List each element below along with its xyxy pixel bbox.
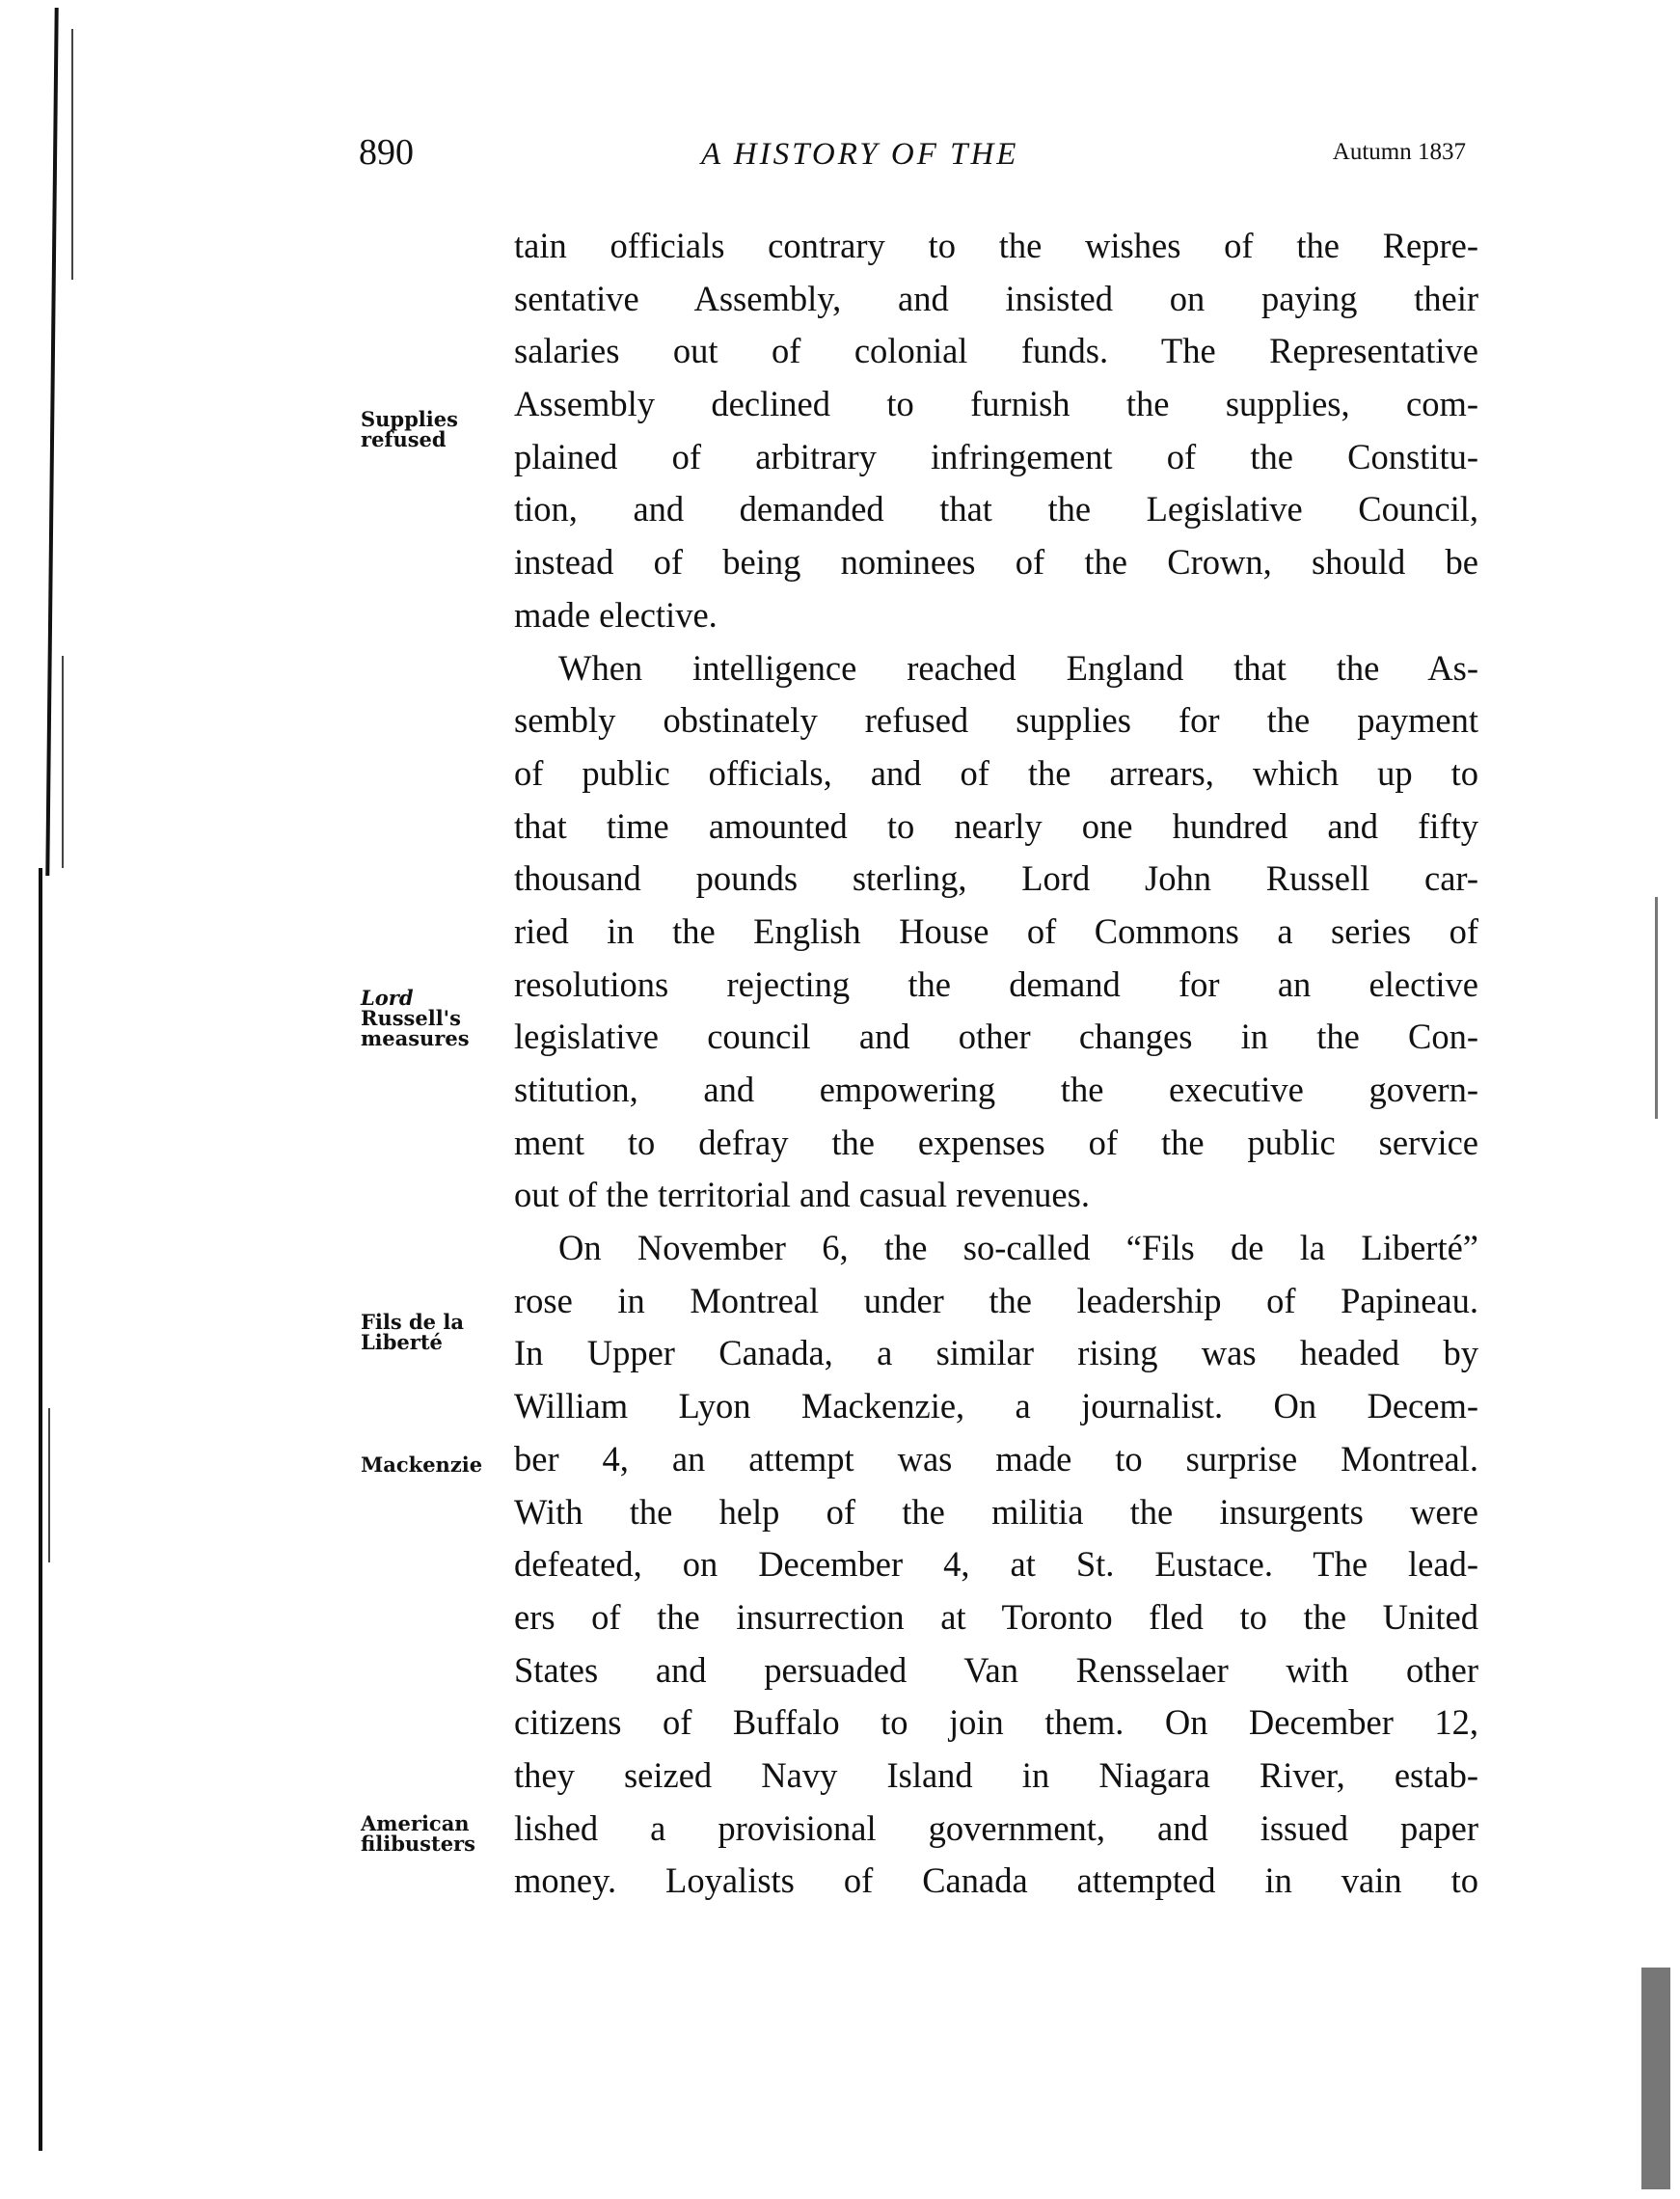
body-text: tain officials contrary to the wishes of… <box>514 220 1478 1908</box>
text-line: sembly obstinately refused supplies for … <box>514 694 1478 747</box>
text-line: Assembly declined to furnish the supplie… <box>514 378 1478 431</box>
text-line: William Lyon Mackenzie, a journalist. On… <box>514 1380 1478 1433</box>
sidenote-line: filibusters <box>361 1833 475 1854</box>
sidenote-line: Russell's <box>361 1008 470 1028</box>
scan-edge-left-lower <box>39 868 42 2151</box>
text-line: they seized Navy Island in Niagara River… <box>514 1750 1478 1803</box>
text-line: tion, and demanded that the Legislative … <box>514 483 1478 536</box>
book-page: 890 A HISTORY OF THE Autumn 1837 Supplie… <box>0 0 1680 2199</box>
scan-edge-right-lower <box>1641 1968 1670 2189</box>
text-line: of public officials, and of the arrears,… <box>514 747 1478 801</box>
scan-edge-left-inner-3 <box>48 1408 50 1562</box>
text-line: instead of being nominees of the Crown, … <box>514 536 1478 589</box>
sidenote-line: Lord <box>361 988 470 1008</box>
text-line: With the help of the militia the insurge… <box>514 1486 1478 1539</box>
text-line: money. Loyalists of Canada attempted in … <box>514 1855 1478 1908</box>
sidenote-line: Mackenzie <box>361 1454 482 1475</box>
text-line: ber 4, an attempt was made to surprise M… <box>514 1433 1478 1486</box>
sidenote-line: Liberté <box>361 1332 464 1352</box>
text-line: On November 6, the so-called “Fils de la… <box>514 1222 1478 1275</box>
page-number: 890 <box>359 131 414 174</box>
text-line: thousand pounds sterling, Lord John Russ… <box>514 853 1478 906</box>
text-line: resolutions rejecting the demand for an … <box>514 959 1478 1012</box>
sidenote-supplies-refused: Supplies refused <box>361 409 458 449</box>
text-line: salaries out of colonial funds. The Repr… <box>514 325 1478 378</box>
text-line: out of the territorial and casual revenu… <box>514 1169 1478 1222</box>
sidenote-line: Fils de la <box>361 1312 464 1332</box>
running-head: 890 A HISTORY OF THE Autumn 1837 <box>359 131 1466 174</box>
text-line: lished a provisional government, and iss… <box>514 1803 1478 1856</box>
sidenote-line: American <box>361 1813 475 1833</box>
sidenote-lord-russells-measures: Lord Russell's measures <box>361 988 470 1048</box>
sidenote-american-filibusters: American filibusters <box>361 1813 475 1854</box>
text-line: made elective. <box>514 589 1478 642</box>
scan-edge-right <box>1655 897 1658 1119</box>
scan-edge-left-inner <box>71 29 73 280</box>
text-line: ment to defray the expenses of the publi… <box>514 1117 1478 1170</box>
scan-edge-left-inner-2 <box>62 656 64 868</box>
text-line: defeated, on December 4, at St. Eustace.… <box>514 1538 1478 1591</box>
text-line: plained of arbitrary infringement of the… <box>514 431 1478 484</box>
running-title: A HISTORY OF THE <box>701 137 1018 173</box>
sidenote-line: Supplies <box>361 409 458 429</box>
sidenote-line: measures <box>361 1028 470 1048</box>
text-line: ried in the English House of Commons a s… <box>514 906 1478 959</box>
text-line: When intelligence reached England that t… <box>514 642 1478 695</box>
text-line: tain officials contrary to the wishes of… <box>514 220 1478 273</box>
sidenote-line: refused <box>361 429 458 449</box>
sidenote-fils-de-la-liberte: Fils de la Liberté <box>361 1312 464 1352</box>
text-line: rose in Montreal under the leadership of… <box>514 1275 1478 1328</box>
text-line: sentative Assembly, and insisted on payi… <box>514 273 1478 326</box>
scan-edge-left <box>45 8 58 876</box>
text-line: stitution, and empowering the executive … <box>514 1064 1478 1117</box>
text-line: In Upper Canada, a similar rising was he… <box>514 1327 1478 1380</box>
sidenote-mackenzie: Mackenzie <box>361 1454 482 1475</box>
text-line: legislative council and other changes in… <box>514 1011 1478 1064</box>
text-line: States and persuaded Van Rensselaer with… <box>514 1644 1478 1697</box>
text-line: that time amounted to nearly one hundred… <box>514 801 1478 854</box>
text-line: citizens of Buffalo to join them. On Dec… <box>514 1697 1478 1750</box>
running-date: Autumn 1837 <box>1333 139 1466 166</box>
text-line: ers of the insurrection at Toronto fled … <box>514 1591 1478 1644</box>
